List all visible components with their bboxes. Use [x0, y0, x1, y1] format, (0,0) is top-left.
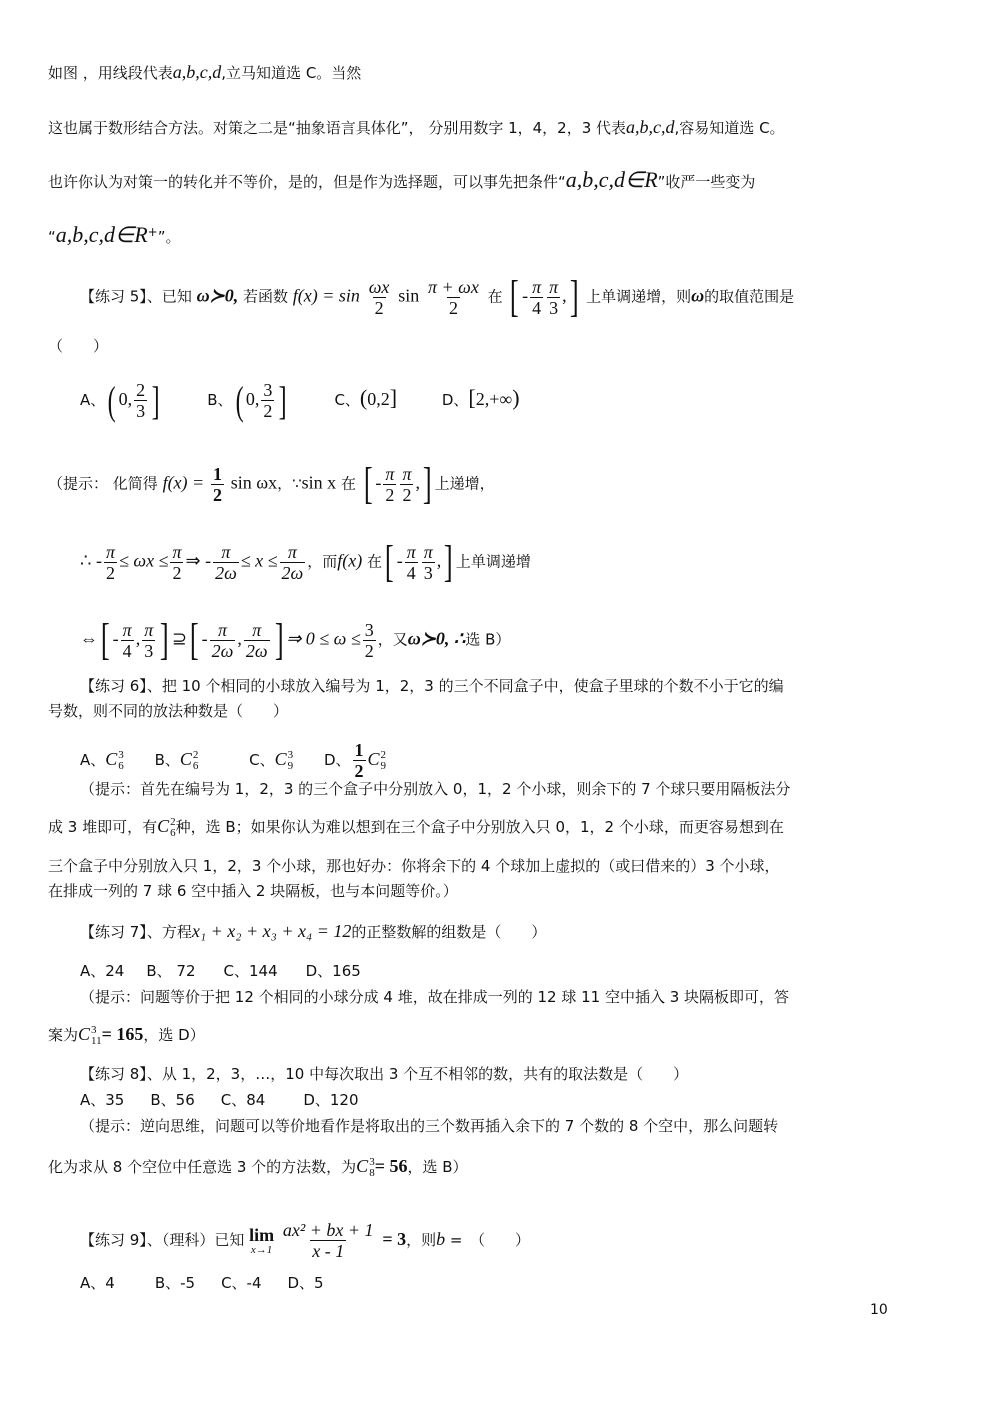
exercise-7-hint-2: 案为C311= 165，选 D）: [48, 1024, 205, 1047]
numerator: ωx: [367, 277, 392, 297]
left-bracket: [: [101, 618, 110, 662]
text: “: [48, 228, 56, 246]
exercise-6-options: A、C36 B、C26 C、C39 D、12C29: [80, 740, 426, 781]
numerator: 3: [363, 620, 376, 640]
exercise-9-options: A、4B、-5C、-4D、5: [80, 1273, 364, 1293]
denominator: 2: [447, 297, 460, 318]
fraction: π2: [400, 464, 413, 505]
option-d: D、165: [306, 961, 361, 981]
option-label: C、: [334, 391, 359, 409]
math: = 3: [382, 1229, 406, 1249]
numerator: π: [547, 277, 560, 297]
text: 、已知: [147, 288, 192, 306]
sup: 2: [193, 750, 199, 761]
fraction: 23: [134, 380, 147, 421]
denominator: 4: [121, 640, 134, 661]
fraction: ωx2: [367, 277, 392, 318]
denominator: 3: [422, 562, 435, 583]
denominator: 3: [547, 297, 560, 318]
denominator: 2: [170, 562, 183, 583]
numerator: 3: [261, 380, 274, 400]
math: 0,2: [367, 389, 390, 409]
fraction: π3: [547, 277, 560, 318]
text: 如图 ，用线段代表: [48, 64, 173, 82]
denominator: 3: [134, 400, 147, 421]
exercise-9-question: 【练习 9】、（理科）已知 limx→1 ax² + bx + 1x - 1 =…: [80, 1220, 530, 1261]
exercise-5-hint-2: ∴ -π2≤ ωx ≤π2⇒ -π2ω≤ x ≤π2ω，而f(x) 在[-π4π…: [80, 540, 531, 584]
text: ”。: [158, 228, 181, 246]
sup: 3: [91, 1025, 102, 1036]
math: C: [157, 816, 169, 836]
denominator: 4: [405, 562, 418, 583]
exercise-6-hint-4: 在排成一列的 7 球 6 空中插入 2 块隔板，也与本问题等价。）: [48, 881, 458, 901]
text: 、方程: [147, 923, 192, 941]
option-c: C、C39: [249, 749, 293, 772]
right-bracket: ]: [274, 618, 283, 662]
fraction: π2: [170, 542, 183, 583]
denominator: 2: [400, 484, 413, 505]
math: = 56: [375, 1156, 408, 1176]
left-bracket: [: [364, 462, 373, 506]
exercise-6-question: 【练习 6】、把 10 个相同的小球放入编号为 1，2，3 的三个不同盒子中，使…: [80, 676, 784, 696]
exercise-5-hint-3: ⇔[-π4,π3]⊇[-π2ω,π2ω]⇒ 0 ≤ ω ≤32，又ω≻0, ∴选…: [80, 618, 510, 662]
exercise-8-options: A、35B、56C、84D、120: [80, 1090, 399, 1110]
math: ⇒ 0 ≤ ω ≤: [286, 629, 361, 649]
option-label: A、: [80, 391, 105, 409]
sub: 11: [91, 1036, 102, 1047]
option-label: B、: [155, 751, 180, 769]
math: ω≻0,: [197, 286, 239, 306]
option-label: D、: [324, 751, 351, 769]
text: 选 B）: [465, 631, 510, 649]
sup: 3: [118, 750, 124, 761]
exercise-8-question: 【练习 8】、从 1，2，3，…，10 中每次取出 3 个互不相邻的数，共有的取…: [80, 1064, 688, 1084]
fraction: π2: [104, 542, 117, 583]
denominator: 2: [363, 640, 376, 661]
option-a: A、4: [80, 1273, 115, 1293]
math: ⇔: [80, 629, 98, 649]
fraction: π2ω: [244, 620, 270, 661]
superscript: +: [148, 225, 158, 239]
left-bracket: [: [190, 618, 199, 662]
option-d: D、12C29: [324, 740, 386, 781]
denominator: 4: [530, 297, 543, 318]
option-c: C、-4: [221, 1273, 261, 1293]
text: 种，选 B；如果你认为难以想到在三个盒子中分别放入只 0，1，2 个小球，而更容…: [176, 818, 784, 836]
text: 上单调递增: [456, 553, 531, 571]
fraction: π4: [121, 620, 134, 661]
paren: (: [108, 381, 116, 421]
paren: (: [235, 381, 243, 421]
numerator: π + ωx: [426, 277, 481, 297]
text: 、把 10 个相同的小球放入编号为 1，2，3 的三个不同盒子中，使盒子里球的个…: [147, 677, 784, 695]
numerator: π: [383, 464, 396, 484]
math: sin x: [302, 473, 337, 493]
text: 的取值范围是: [704, 288, 794, 306]
fraction: π2ω: [210, 620, 236, 661]
text: 、从 1，2，3，…，10 中每次取出 3 个互不相邻的数，共有的取法数是（ ）: [147, 1065, 688, 1083]
left-bracket: [: [385, 540, 394, 584]
option-b: B、-5: [155, 1273, 195, 1293]
text: = （ ）: [445, 1231, 530, 1249]
fraction: π3: [422, 542, 435, 583]
exercise-8-hint-1: （提示：逆向思维，问题可以等价地看作是将取出的三个数再插入余下的 7 个数的 8…: [80, 1116, 778, 1136]
fraction: π3: [142, 620, 155, 661]
fraction: 12: [211, 464, 224, 505]
option-a: A、C36: [80, 749, 124, 772]
intro-line-3: 也许你认为对策一的转化并不等价，是的，但是作为选择题，可以事先把条件“a,b,c…: [48, 170, 755, 192]
fraction: π4: [405, 542, 418, 583]
exercise-6-hint-3: 三个盒子中分别放入只 1，2，3 个小球，那也好办：你将余下的 4 个球加上虚拟…: [48, 856, 780, 876]
bracket: [: [468, 385, 475, 410]
numerator: π: [121, 620, 134, 640]
math: sin ωx: [231, 473, 277, 493]
exercise-8-hint-2: 化为求从 8 个空位中任意选 3 个的方法数，为C38= 56，选 B）: [48, 1156, 468, 1179]
bracket: ]: [279, 381, 287, 421]
left-bracket: [: [510, 275, 519, 319]
limit: limx→1: [249, 1225, 274, 1256]
fraction: π4: [530, 277, 543, 318]
sub: 9: [381, 761, 387, 772]
math: C: [78, 1024, 90, 1044]
text: ，而: [307, 553, 337, 571]
option-label: A、: [80, 751, 105, 769]
option-b: B、(0,32]: [207, 380, 289, 421]
denominator: 2: [104, 562, 117, 583]
right-bracket: ]: [423, 462, 432, 506]
exercise-6-hint-2: 成 3 堆即可，有C26种，选 B；如果你认为难以想到在三个盒子中分别放入只 0…: [48, 816, 784, 839]
text: 化为求从 8 个空位中任意选 3 个的方法数，为: [48, 1158, 356, 1176]
fraction: 12: [353, 740, 366, 781]
page-number: 10: [870, 1302, 888, 1318]
text: ，∵: [277, 475, 302, 493]
sub: 9: [288, 761, 294, 772]
text: ,容易知道选 C。: [675, 119, 785, 137]
exercise-5-options: A、(0,23] B、(0,32] C、(0,2] D、[2,+∞): [80, 380, 560, 421]
option-c: C、84: [221, 1090, 266, 1110]
fraction: π2ω: [213, 542, 239, 583]
numerator: 1: [211, 464, 224, 484]
option-d: D、[2,+∞): [442, 388, 520, 410]
numerator: π: [422, 542, 435, 562]
option-a: A、24: [80, 961, 124, 981]
text: ,立马知道选 C。当然: [221, 64, 361, 82]
numerator: 1: [353, 740, 366, 760]
math: f(x) = sin: [293, 286, 360, 306]
denominator: 2: [261, 400, 274, 421]
option-label: D、: [442, 391, 469, 409]
text: ”收严一些变为: [658, 173, 756, 191]
exercise-5-hint-1: （提示： 化简得 f(x) = 12 sin ωx，∵sin x 在 [-π2π…: [48, 462, 495, 506]
text: ，选 D）: [143, 1026, 204, 1044]
text: 在: [367, 553, 382, 571]
numerator: π: [286, 542, 299, 562]
fraction: 32: [363, 620, 376, 661]
text: 、（理科）已知: [147, 1231, 245, 1249]
exercise-7-question: 【练习 7】、方程x₁ + x₂ + x₃ + x₄ = 12的正整数解的组数是…: [80, 921, 546, 942]
numerator: 2: [134, 380, 147, 400]
denominator: 2: [383, 484, 396, 505]
intro-line-4: “a,b,c,d∈R+”。: [48, 222, 181, 247]
math: ⇒ -: [185, 551, 211, 571]
exercise-7-hint-1: （提示：问题等价于把 12 个相同的小球分成 4 堆，故在排成一列的 12 球 …: [80, 987, 789, 1007]
option-b: B、 72: [146, 961, 195, 981]
exercise-label: 【练习 8】: [80, 1065, 147, 1083]
exercise-5-paren: （ ）: [48, 336, 108, 356]
text: 成 3 堆即可，有: [48, 818, 157, 836]
numerator: π: [400, 464, 413, 484]
right-bracket: ]: [444, 540, 453, 584]
comb-indices: 36: [118, 750, 124, 772]
exercise-label: 【练习 9】: [80, 1231, 147, 1249]
text: 上递增，: [435, 475, 495, 493]
sub: 6: [118, 761, 124, 772]
math-set: a,b,c,d∈R: [566, 167, 658, 192]
math: ≤ x ≤: [241, 551, 278, 571]
numerator: π: [250, 620, 263, 640]
right-bracket: ]: [570, 275, 579, 319]
math: ≤ ωx ≤: [119, 551, 168, 571]
denominator: 2: [353, 760, 366, 781]
exercise-6-question-2: 号数，则不同的放法种数是（ ）: [48, 701, 288, 721]
text: 若函数: [243, 288, 288, 306]
comb-indices: 26: [193, 750, 199, 772]
paren: ): [512, 385, 519, 410]
denominator: 2ω: [210, 640, 236, 661]
math: 0,: [246, 389, 260, 409]
exercise-label: 【练习 7】: [80, 923, 147, 941]
sup: 2: [381, 750, 387, 761]
numerator: π: [405, 542, 418, 562]
denominator: 2: [373, 297, 386, 318]
math: ∴ -: [80, 551, 102, 571]
math: -: [522, 286, 528, 306]
math: C: [275, 749, 287, 769]
option-c: C、(0,2]: [334, 388, 397, 410]
option-b: B、56: [150, 1090, 194, 1110]
math: f(x): [337, 551, 362, 571]
denominator: x - 1: [310, 1240, 346, 1261]
numerator: π: [530, 277, 543, 297]
math: C: [356, 1156, 368, 1176]
option-label: C、: [249, 751, 274, 769]
text: 在: [488, 288, 503, 306]
denominator: 2ω: [213, 562, 239, 583]
math: b: [436, 1229, 445, 1249]
exercise-7-options: A、24B、 72C、144D、165: [80, 961, 401, 981]
right-bracket: ]: [160, 618, 169, 662]
math: sin: [398, 286, 419, 306]
math: = 165: [102, 1024, 144, 1044]
option-label: B、: [207, 391, 232, 409]
lim-sub: x→1: [251, 1245, 272, 1256]
fraction: π2: [383, 464, 396, 505]
exercise-label: 【练习 5】: [80, 288, 147, 306]
comb-indices: 311: [91, 1025, 102, 1047]
numerator: π: [142, 620, 155, 640]
bracket: ]: [152, 381, 160, 421]
option-d: D、5: [288, 1273, 324, 1293]
intro-line-2: 这也属于数形结合方法。对策之二是“抽象语言具体化”， 分别用数字 1，4，2，3…: [48, 117, 785, 138]
exercise-6-hint-1: （提示：首先在编号为 1，2，3 的三个盒子中分别放入 0，1，2 个小球，则余…: [80, 779, 790, 799]
math: ω: [691, 286, 704, 306]
math: C: [180, 749, 192, 769]
intro-line-1: 如图 ，用线段代表a,b,c,d,立马知道选 C。当然: [48, 62, 361, 83]
numerator: π: [219, 542, 232, 562]
bracket: ]: [390, 385, 397, 410]
denominator: 2ω: [244, 640, 270, 661]
text: 的正整数解的组数是（ ）: [351, 923, 546, 941]
comb-indices: 39: [288, 750, 294, 772]
exercise-5-question: 【练习 5】、已知 ω≻0, 若函数 f(x) = sin ωx2 sin π …: [80, 275, 794, 319]
text: 这也属于数形结合方法。对策之二是“抽象语言具体化”， 分别用数字 1，4，2，3…: [48, 119, 626, 137]
math: ⊇: [172, 629, 187, 649]
denominator: 3: [142, 640, 155, 661]
math: 0,: [119, 389, 133, 409]
math: C: [368, 749, 380, 769]
option-a: A、35: [80, 1090, 124, 1110]
text: 上单调递增，则: [586, 288, 691, 306]
math-equation: x₁ + x₂ + x₃ + x₄ = 12: [192, 921, 352, 941]
text: ，选 B）: [407, 1158, 467, 1176]
option-a: A、(0,23]: [80, 380, 162, 421]
text: 案为: [48, 1026, 78, 1044]
text: ，又: [378, 631, 408, 649]
denominator: 2ω: [280, 562, 306, 583]
math: C: [105, 749, 117, 769]
numerator: ax² + bx + 1: [281, 1220, 376, 1240]
fraction: π + ωx2: [426, 277, 481, 318]
math-vars: a,b,c,d: [626, 117, 675, 137]
text: 也许你认为对策一的转化并不等价，是的，但是作为选择题，可以事先把条件“: [48, 173, 566, 191]
fraction: ax² + bx + 1x - 1: [281, 1220, 376, 1261]
sup: 3: [288, 750, 294, 761]
text: 在: [341, 475, 356, 493]
fraction: 32: [261, 380, 274, 421]
lim: lim: [249, 1225, 274, 1245]
text: （提示： 化简得: [48, 475, 158, 493]
math: 2,+∞: [476, 389, 512, 409]
option-b: B、C26: [155, 749, 199, 772]
math: ω≻0, ∴: [408, 629, 466, 649]
text: ，则: [406, 1231, 436, 1249]
numerator: π: [216, 620, 229, 640]
option-d: D、120: [303, 1090, 358, 1110]
exercise-label: 【练习 6】: [80, 677, 147, 695]
numerator: π: [170, 542, 183, 562]
comb-indices: 29: [381, 750, 387, 772]
math: f(x) =: [163, 473, 205, 493]
math-set: a,b,c,d∈R: [56, 222, 148, 247]
denominator: 2: [211, 484, 224, 505]
numerator: π: [104, 542, 117, 562]
math-vars: a,b,c,d: [173, 62, 222, 82]
fraction: π2ω: [280, 542, 306, 583]
sub: 6: [193, 761, 199, 772]
option-c: C、144: [224, 961, 278, 981]
